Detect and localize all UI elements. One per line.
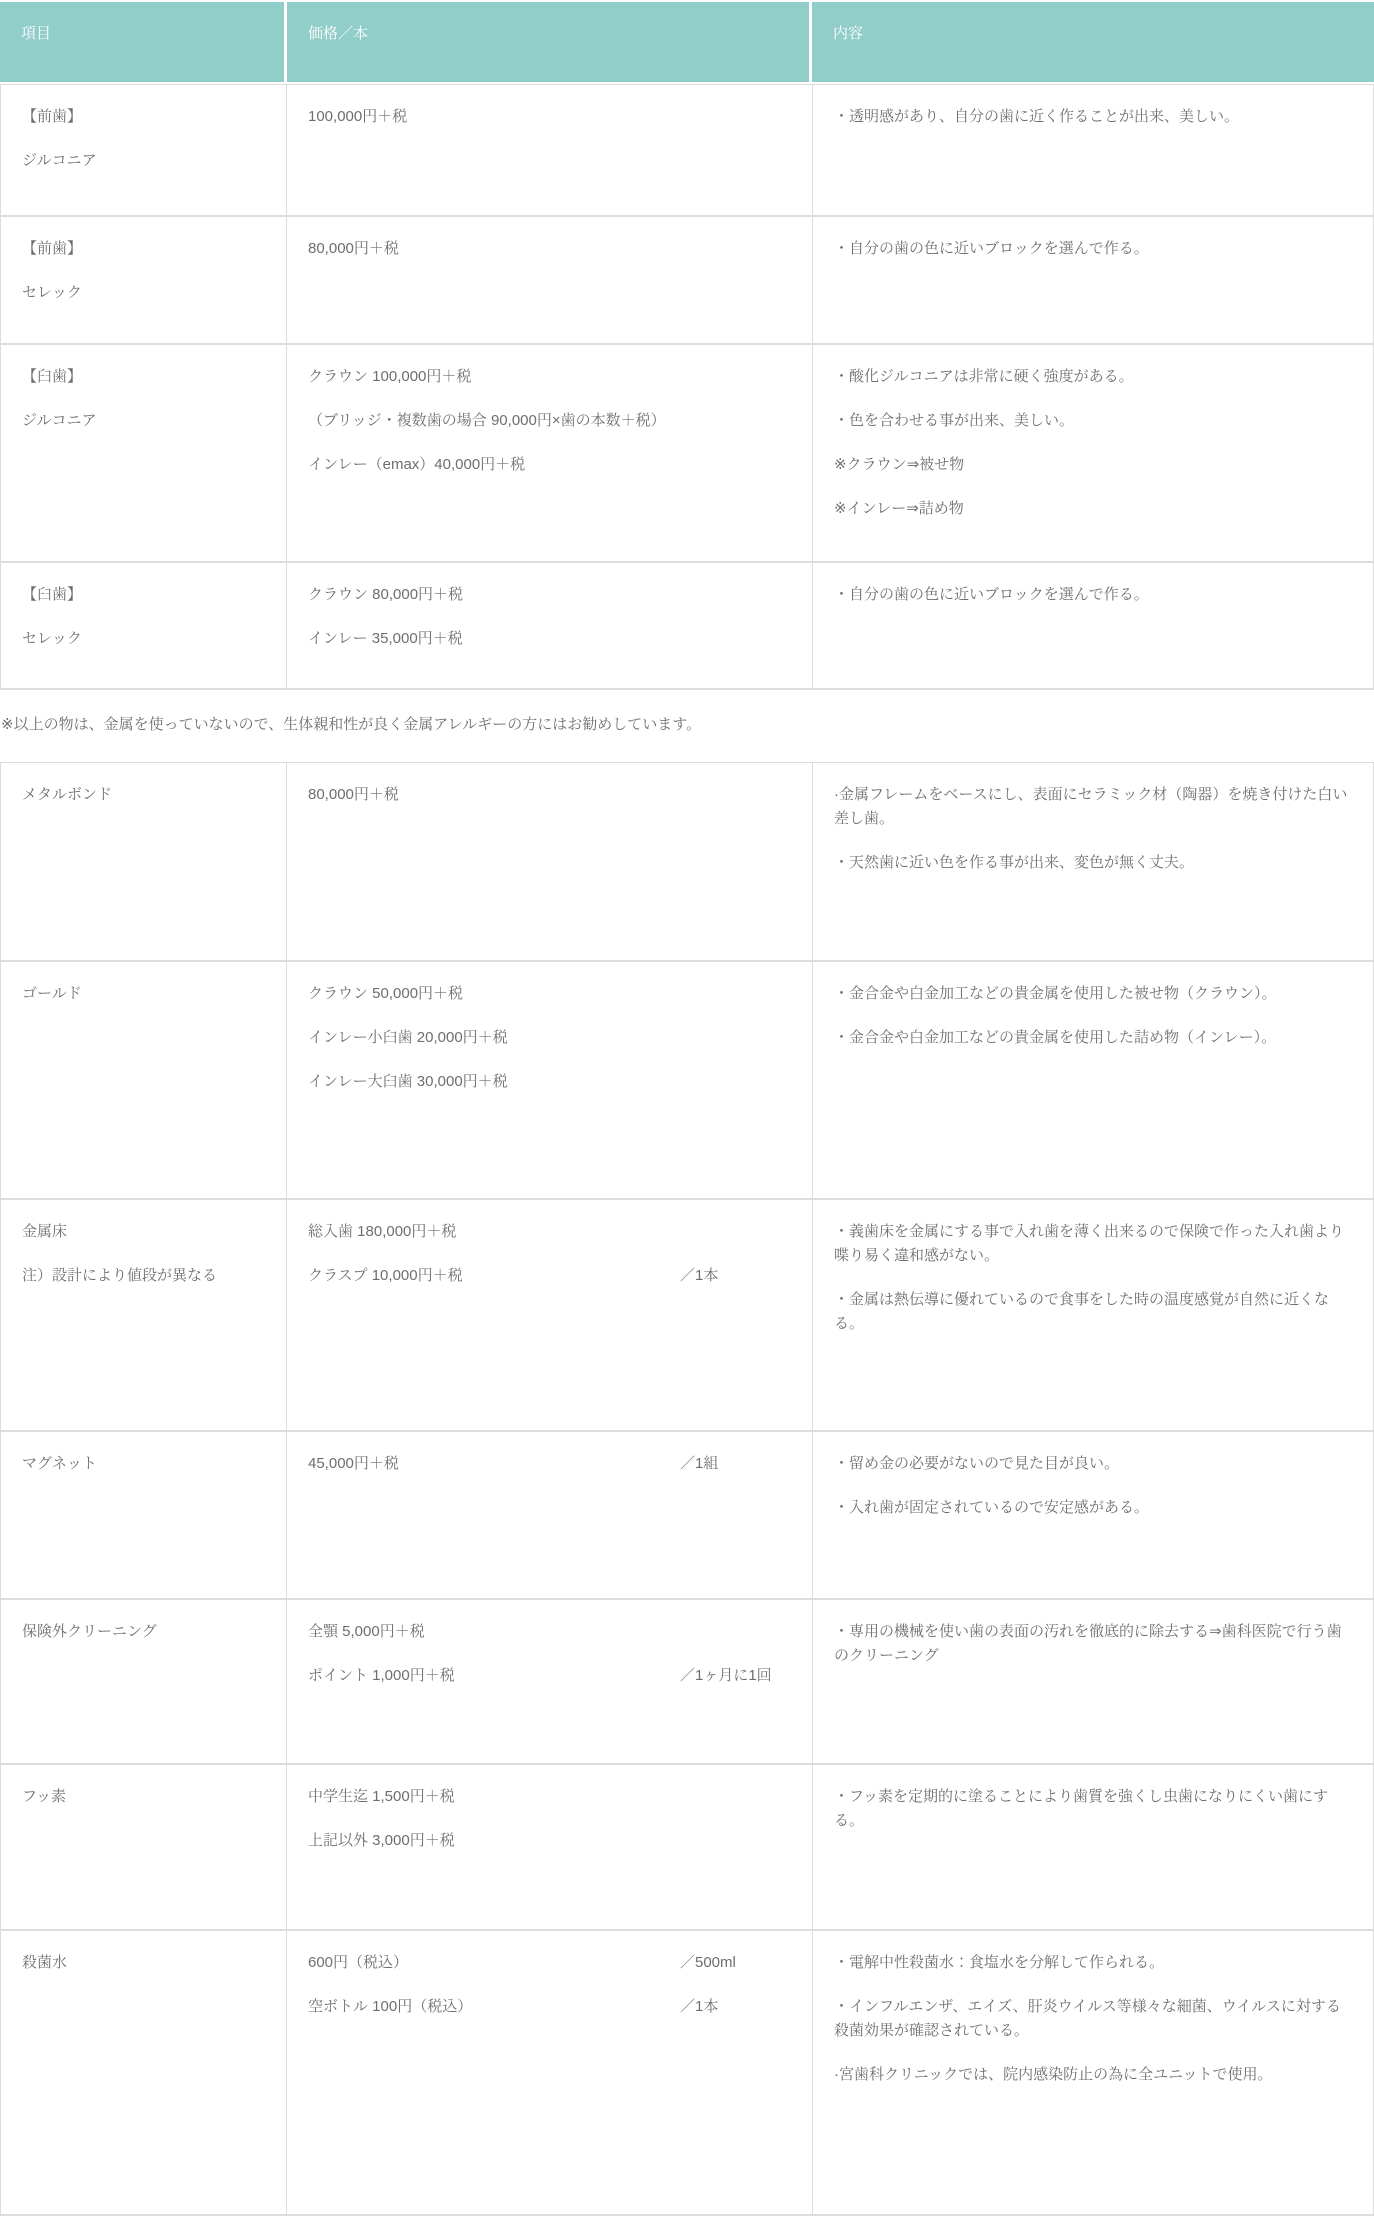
price-text: 80,000円＋税 [308,783,399,807]
price-text: クラウン 100,000円＋税 [308,365,471,389]
price-text: クラウン 80,000円＋税 [308,583,463,607]
price-cell: 600円（税込）／500ml空ボトル 100円（税込）／1本 [287,1931,813,2214]
item-cell: メタルボンド [1,763,287,960]
desc-line: ·宮歯科クリニックでは、院内感染防止の為に全ユニットで使用。 [834,2063,1353,2087]
price-text: 中学生迄 1,500円＋税 [308,1785,455,1809]
table-row: フッ素中学生迄 1,500円＋税上記以外 3,000円＋税・フッ素を定期的に塗る… [1,1763,1373,1929]
price-text: 100,000円＋税 [308,105,407,129]
price-line: インレー 35,000円＋税 [308,627,792,651]
desc-cell: ·金属フレームをベースにし、表面にセラミック材（陶器）を焼き付けた白い差し歯。・… [813,763,1373,960]
price-text: インレー（emax）40,000円＋税 [308,453,525,477]
ceramic-price-table: 【前歯】ジルコニア100,000円＋税・透明感があり、自分の歯に近く作ることが出… [0,84,1374,690]
price-line: 100,000円＋税 [308,105,792,129]
price-line: ポイント 1,000円＋税／1ヶ月に1回 [308,1664,792,1688]
unit-label: ／1本 [680,1995,792,2019]
item-line: ゴールド [22,982,266,1006]
table-row: 【臼歯】セレッククラウン 80,000円＋税インレー 35,000円＋税・自分の… [1,561,1373,688]
price-text: インレー小臼歯 20,000円＋税 [308,1026,508,1050]
price-cell: 80,000円＋税 [287,217,813,343]
desc-cell: ・専用の機械を使い歯の表面の汚れを徹底的に除去する⇒歯科医院で行う歯のクリーニン… [813,1600,1373,1763]
item-line: セレック [22,281,266,305]
desc-line: ・電解中性殺菌水：食塩水を分解して作られる。 [834,1951,1353,1975]
item-line: マグネット [22,1452,266,1476]
price-cell: 総入歯 180,000円＋税クラスプ 10,000円＋税／1本 [287,1200,813,1430]
price-cell: 中学生迄 1,500円＋税上記以外 3,000円＋税 [287,1765,813,1929]
desc-line: ・色を合わせる事が出来、美しい。 [834,409,1353,433]
desc-line: ・金属は熱伝導に優れているので食事をした時の温度感覚が自然に近くなる。 [834,1288,1353,1336]
desc-line: ・金合金や白金加工などの貴金属を使用した詰め物（インレー）。 [834,1026,1353,1050]
price-text: インレー大臼歯 30,000円＋税 [308,1070,508,1094]
desc-line: ・フッ素を定期的に塗ることにより歯質を強くし虫歯になりにくい歯にする。 [834,1785,1353,1833]
item-cell: 【臼歯】ジルコニア [1,345,287,561]
price-line: クラスプ 10,000円＋税／1本 [308,1264,792,1288]
pricing-table-header: 項目 価格／本 内容 [0,0,1374,84]
column-header-item: 項目 [0,2,284,82]
item-cell: 殺菌水 [1,1931,287,2214]
item-line: セレック [22,627,266,651]
desc-cell: ・透明感があり、自分の歯に近く作ることが出来、美しい。 [813,85,1373,215]
item-line: ジルコニア [22,409,266,433]
desc-cell: ・義歯床を金属にする事で入れ歯を薄く出来るので保険で作った入れ歯より喋り易く違和… [813,1200,1373,1430]
item-line: 注）設計により値段が異なる [22,1264,266,1288]
unit-label: ／500ml [680,1951,792,1975]
price-cell: クラウン 80,000円＋税インレー 35,000円＋税 [287,563,813,688]
desc-cell: ・酸化ジルコニアは非常に硬く強度がある。・色を合わせる事が出来、美しい。※クラウ… [813,345,1373,561]
desc-line: ・専用の機械を使い歯の表面の汚れを徹底的に除去する⇒歯科医院で行う歯のクリーニン… [834,1620,1353,1668]
desc-cell: ・電解中性殺菌水：食塩水を分解して作られる。・インフルエンザ、エイズ、肝炎ウイル… [813,1931,1373,2214]
desc-cell: ・自分の歯の色に近いブロックを選んで作る。 [813,217,1373,343]
item-cell: 【臼歯】セレック [1,563,287,688]
desc-line: ・自分の歯の色に近いブロックを選んで作る。 [834,237,1353,261]
table-row: ゴールドクラウン 50,000円＋税インレー小臼歯 20,000円＋税インレー大… [1,960,1373,1198]
price-line: 空ボトル 100円（税込）／1本 [308,1995,792,2019]
table-row: 金属床注）設計により値段が異なる総入歯 180,000円＋税クラスプ 10,00… [1,1198,1373,1430]
price-line: 45,000円＋税／1組 [308,1452,792,1476]
table-row: マグネット45,000円＋税／1組・留め金の必要がないので見た目が良い。・入れ歯… [1,1430,1373,1598]
price-cell: 80,000円＋税 [287,763,813,960]
desc-line: ・留め金の必要がないので見た目が良い。 [834,1452,1353,1476]
price-line: クラウン 50,000円＋税 [308,982,792,1006]
item-line: 【前歯】 [22,105,266,129]
price-text: 空ボトル 100円（税込） [308,1995,472,2019]
item-line: メタルボンド [22,783,266,807]
price-text: 上記以外 3,000円＋税 [308,1829,455,1853]
price-line: クラウン 100,000円＋税 [308,365,792,389]
desc-cell: ・金合金や白金加工などの貴金属を使用した被せ物（クラウン）。・金合金や白金加工な… [813,962,1373,1198]
item-line: 【臼歯】 [22,583,266,607]
desc-line: ※インレー⇒詰め物 [834,497,1353,521]
item-cell: フッ素 [1,1765,287,1929]
price-text: 45,000円＋税 [308,1452,399,1476]
price-line: 600円（税込）／500ml [308,1951,792,1975]
item-line: 金属床 [22,1220,266,1244]
price-line: 上記以外 3,000円＋税 [308,1829,792,1853]
price-text: インレー 35,000円＋税 [308,627,463,651]
price-text: クラスプ 10,000円＋税 [308,1264,463,1288]
item-cell: 【前歯】セレック [1,217,287,343]
column-header-desc: 内容 [812,2,1374,82]
price-line: 80,000円＋税 [308,237,792,261]
desc-line: ・金合金や白金加工などの貴金属を使用した被せ物（クラウン）。 [834,982,1353,1006]
unit-label: ／1組 [680,1452,792,1476]
desc-line: ・透明感があり、自分の歯に近く作ることが出来、美しい。 [834,105,1353,129]
desc-line: ・天然歯に近い色を作る事が出来、変色が無く丈夫。 [834,851,1353,875]
desc-line: ・自分の歯の色に近いブロックを選んで作る。 [834,583,1353,607]
desc-cell: ・留め金の必要がないので見た目が良い。・入れ歯が固定されているので安定感がある。 [813,1432,1373,1598]
desc-line: ※クラウン⇒被せ物 [834,453,1353,477]
price-text: （ブリッジ・複数歯の場合 90,000円×歯の本数＋税） [308,409,666,433]
metal-free-note: ※以上の物は、金属を使っていないので、生体親和性が良く金属アレルギーの方にはお勧… [1,713,1374,737]
item-cell: 金属床注）設計により値段が異なる [1,1200,287,1430]
price-text: 600円（税込） [308,1951,408,1975]
item-line: 保険外クリーニング [22,1620,266,1644]
unit-label: ／1本 [680,1264,792,1288]
price-line: インレー（emax）40,000円＋税 [308,453,792,477]
item-line: 【前歯】 [22,237,266,261]
price-list-page: 項目 価格／本 内容 【前歯】ジルコニア100,000円＋税・透明感があり、自分… [0,0,1374,2216]
desc-cell: ・自分の歯の色に近いブロックを選んで作る。 [813,563,1373,688]
price-line: 全顎 5,000円＋税 [308,1620,792,1644]
desc-line: ・義歯床を金属にする事で入れ歯を薄く出来るので保険で作った入れ歯より喋り易く違和… [834,1220,1353,1268]
price-text: 80,000円＋税 [308,237,399,261]
desc-line: ・酸化ジルコニアは非常に硬く強度がある。 [834,365,1353,389]
unit-label: ／1ヶ月に1回 [680,1664,792,1688]
price-line: 総入歯 180,000円＋税 [308,1220,792,1244]
price-text: 全顎 5,000円＋税 [308,1620,425,1644]
price-cell: クラウン 100,000円＋税（ブリッジ・複数歯の場合 90,000円×歯の本数… [287,345,813,561]
other-price-table: メタルボンド80,000円＋税·金属フレームをベースにし、表面にセラミック材（陶… [0,762,1374,2216]
table-row: 殺菌水600円（税込）／500ml空ボトル 100円（税込）／1本・電解中性殺菌… [1,1929,1373,2214]
desc-cell: ・フッ素を定期的に塗ることにより歯質を強くし虫歯になりにくい歯にする。 [813,1765,1373,1929]
table-row: 保険外クリーニング全顎 5,000円＋税ポイント 1,000円＋税／1ヶ月に1回… [1,1598,1373,1763]
item-cell: 保険外クリーニング [1,1600,287,1763]
table-row: 【前歯】セレック80,000円＋税・自分の歯の色に近いブロックを選んで作る。 [1,215,1373,343]
price-text: ポイント 1,000円＋税 [308,1664,455,1688]
price-line: 80,000円＋税 [308,783,792,807]
table-row: 【前歯】ジルコニア100,000円＋税・透明感があり、自分の歯に近く作ることが出… [1,85,1373,215]
item-line: 殺菌水 [22,1951,266,1975]
price-cell: 45,000円＋税／1組 [287,1432,813,1598]
price-text: クラウン 50,000円＋税 [308,982,463,1006]
desc-line: ・インフルエンザ、エイズ、肝炎ウイルス等様々な細菌、ウイルスに対する殺菌効果が確… [834,1995,1353,2043]
item-line: 【臼歯】 [22,365,266,389]
price-cell: クラウン 50,000円＋税インレー小臼歯 20,000円＋税インレー大臼歯 3… [287,962,813,1198]
desc-line: ·金属フレームをベースにし、表面にセラミック材（陶器）を焼き付けた白い差し歯。 [834,783,1353,831]
price-text: 総入歯 180,000円＋税 [308,1220,456,1244]
price-line: クラウン 80,000円＋税 [308,583,792,607]
price-line: インレー小臼歯 20,000円＋税 [308,1026,792,1050]
desc-line: ・入れ歯が固定されているので安定感がある。 [834,1496,1353,1520]
item-line: ジルコニア [22,149,266,173]
price-cell: 全顎 5,000円＋税ポイント 1,000円＋税／1ヶ月に1回 [287,1600,813,1763]
price-line: （ブリッジ・複数歯の場合 90,000円×歯の本数＋税） [308,409,792,433]
price-line: インレー大臼歯 30,000円＋税 [308,1070,792,1094]
item-cell: ゴールド [1,962,287,1198]
column-header-price: 価格／本 [287,2,809,82]
item-line: フッ素 [22,1785,266,1809]
table-row: 【臼歯】ジルコニアクラウン 100,000円＋税（ブリッジ・複数歯の場合 90,… [1,343,1373,561]
item-cell: マグネット [1,1432,287,1598]
price-cell: 100,000円＋税 [287,85,813,215]
price-line: 中学生迄 1,500円＋税 [308,1785,792,1809]
item-cell: 【前歯】ジルコニア [1,85,287,215]
table-row: メタルボンド80,000円＋税·金属フレームをベースにし、表面にセラミック材（陶… [1,763,1373,960]
